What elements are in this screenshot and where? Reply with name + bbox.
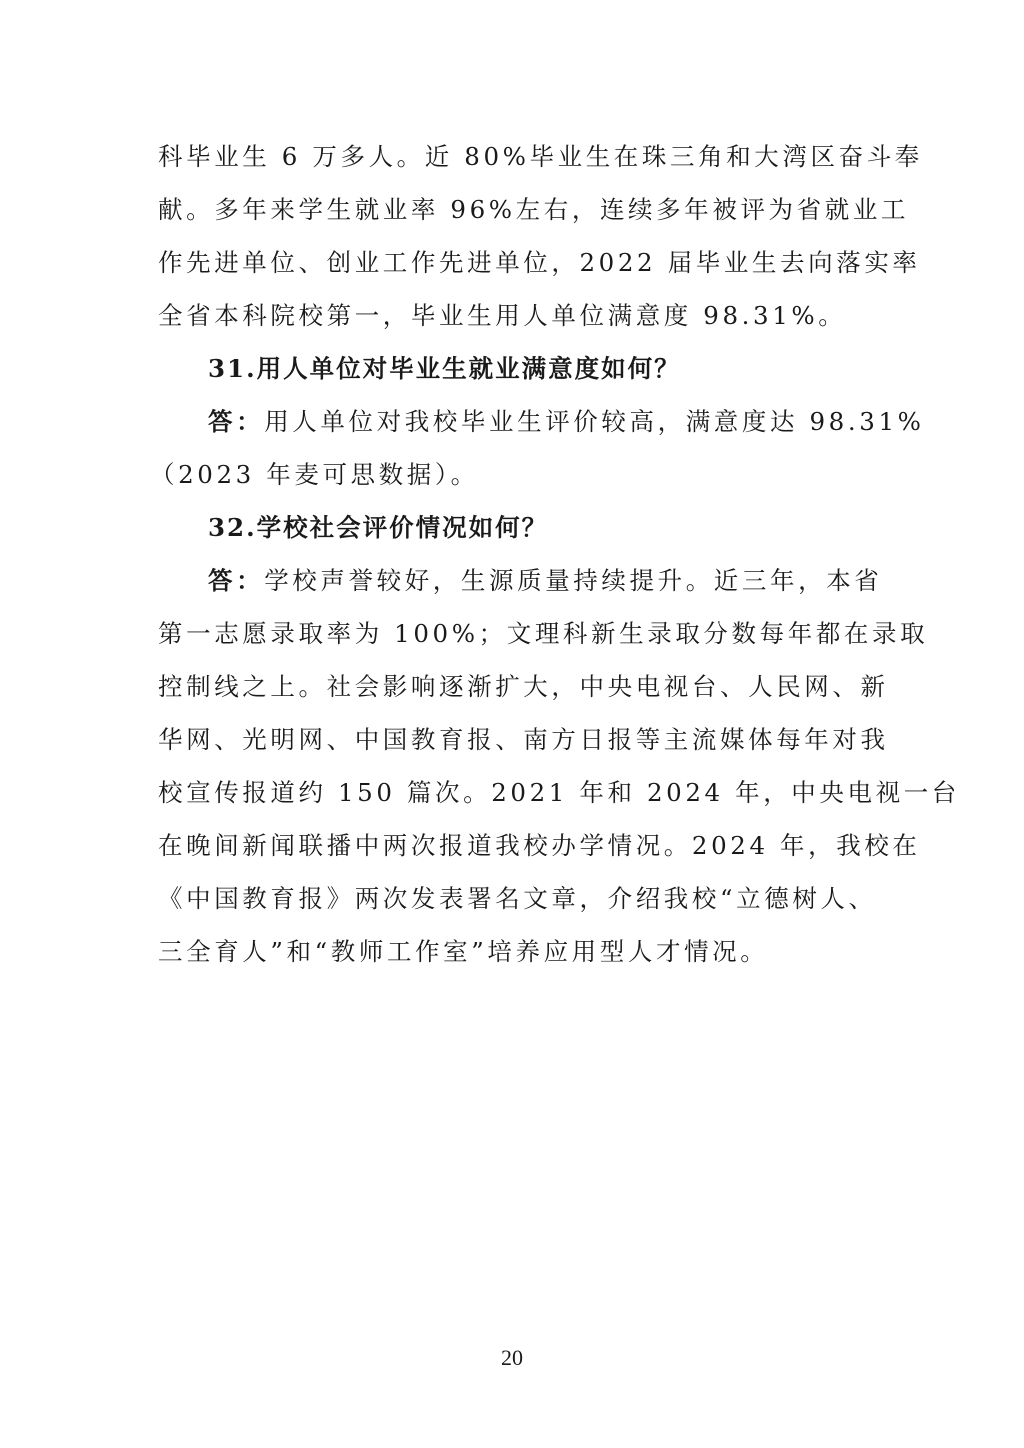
answer-32-line: 《中国教育报》两次发表署名文章，介绍我校“立德树人、 (158, 879, 870, 919)
question-31-heading: 31.用人单位对毕业生就业满意度如何？ (208, 349, 870, 389)
answer-31-line: （2023 年麦可思数据）。 (150, 455, 862, 495)
paragraph-line: 作先进单位、创业工作先进单位，2022 届毕业生去向落实率 (158, 243, 870, 283)
answer-label: 答： (208, 566, 264, 595)
answer-label: 答： (208, 407, 264, 436)
answer-text: 用人单位对我校毕业生评价较高，满意度达 98.31% (264, 407, 924, 436)
answer-32-line: 第一志愿录取率为 100%；文理科新生录取分数每年都在录取 (158, 614, 870, 654)
answer-32-line: 在晚间新闻联播中两次报道我校办学情况。2024 年，我校在 (158, 826, 870, 866)
question-32-heading: 32.学校社会评价情况如何？ (208, 508, 870, 548)
answer-32-line: 华网、光明网、中国教育报、南方日报等主流媒体每年对我 (158, 720, 870, 760)
paragraph-line: 科毕业生 6 万多人。近 80%毕业生在珠三角和大湾区奋斗奉 (158, 137, 870, 177)
paragraph-line: 全省本科院校第一，毕业生用人单位满意度 98.31%。 (158, 296, 870, 336)
document-page: 科毕业生 6 万多人。近 80%毕业生在珠三角和大湾区奋斗奉 献。多年来学生就业… (0, 0, 1024, 1448)
answer-32-line: 控制线之上。社会影响逐渐扩大，中央电视台、人民网、新 (158, 667, 870, 707)
answer-31-line: 答：用人单位对我校毕业生评价较高，满意度达 98.31% (208, 402, 870, 442)
answer-32-line: 校宣传报道约 150 篇次。2021 年和 2024 年，中央电视一台 (158, 773, 870, 813)
answer-32-line: 三全育人”和“教师工作室”培养应用型人才情况。 (158, 932, 870, 972)
paragraph-line: 献。多年来学生就业率 96%左右，连续多年被评为省就业工 (158, 190, 870, 230)
answer-32-line: 答：学校声誉较好，生源质量持续提升。近三年，本省 (208, 561, 870, 601)
page-number: 20 (0, 1345, 1024, 1371)
answer-text: 学校声誉较好，生源质量持续提升。近三年，本省 (264, 566, 882, 595)
